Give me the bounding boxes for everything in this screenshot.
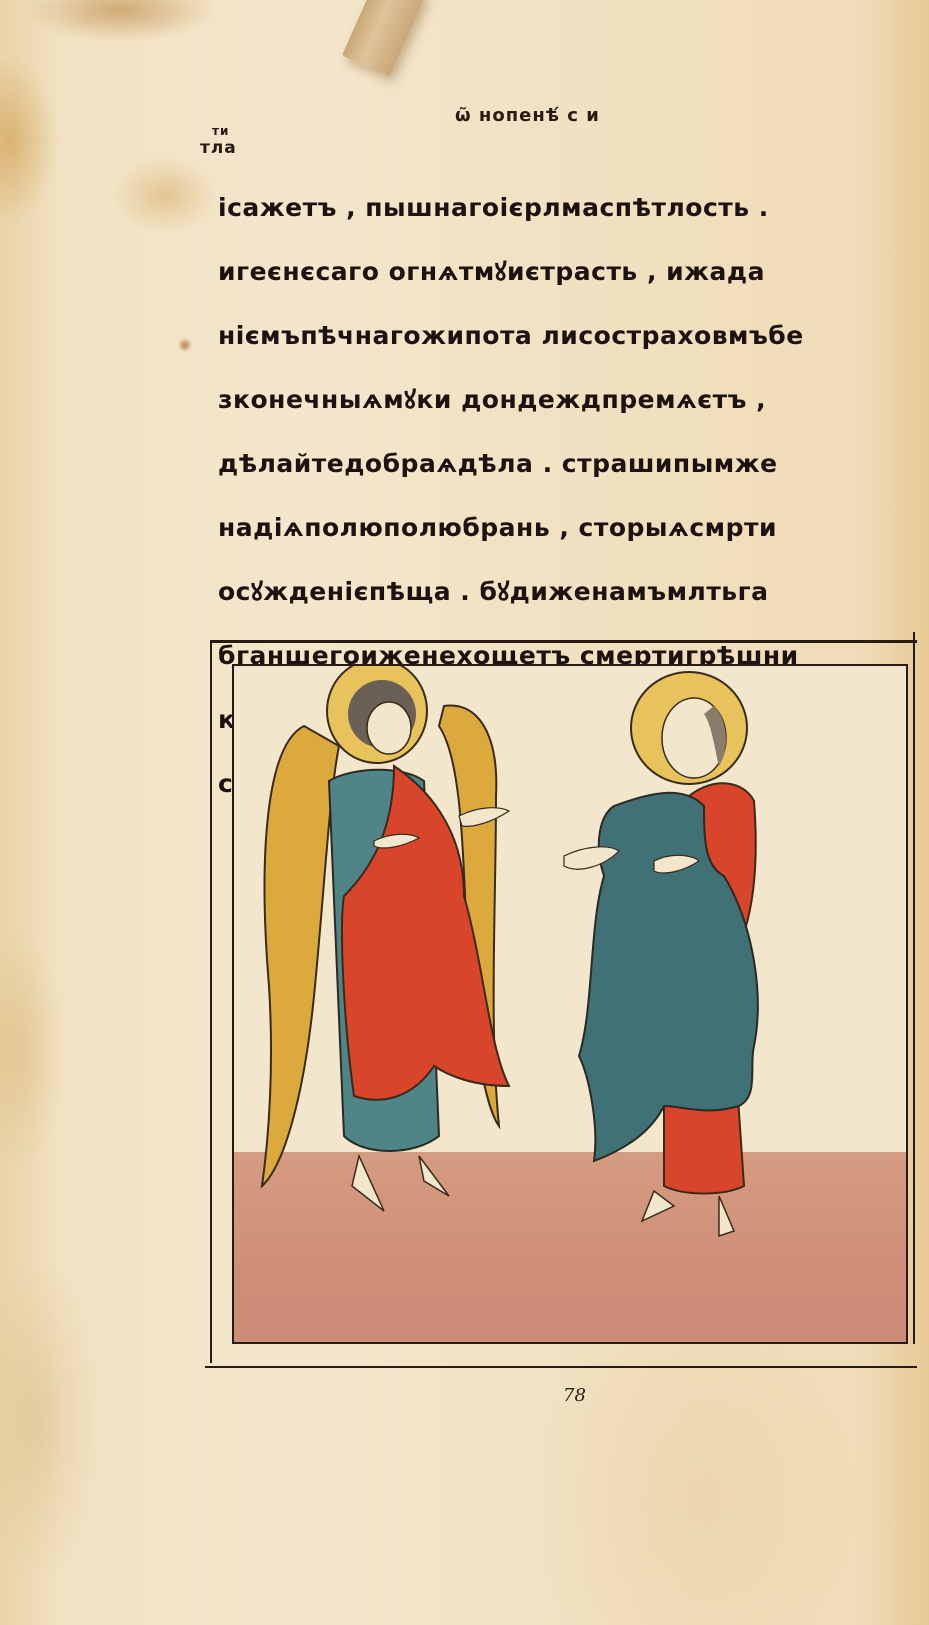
text-line-5: дѣлайтедобраѧдѣла . страшипымже [218,432,878,496]
frame-right-rule [913,632,915,1344]
text-line-6: надіѧполюполюбрань , сторыѧсмрти [218,496,878,560]
angel-face [367,702,411,754]
illustration [232,664,908,1344]
running-title: ѡ̃ нопенѣ́ с и [455,105,600,126]
figures-drawing [234,666,906,1342]
text-line-1: ісажетъ , пышнагоієрлмаспѣтлость . [218,176,878,240]
text-line-3: ніємъпѣчнагожипота лисостраховмъбе [218,304,878,368]
marginal-note: ти тла [200,138,237,158]
text-line-2: игеєнєсаго огнѧтмꙋиєтрасть , ижада [218,240,878,304]
frame-bottom-rule [205,1366,917,1368]
page-number: 78 [563,1385,586,1406]
text-line-4: зконечныѧмꙋки дондеждпремѧєтъ , [218,368,878,432]
marginal-note-superscript: ти [212,124,229,138]
text-line-7: осꙋжденієпѣща . бꙋдиженамъмлтьга [218,560,878,624]
manuscript-page: ти тла ѡ̃ нопенѣ́ с и ісажетъ , пышнагоі… [0,0,929,1625]
bookmark-ribbon [342,0,426,77]
